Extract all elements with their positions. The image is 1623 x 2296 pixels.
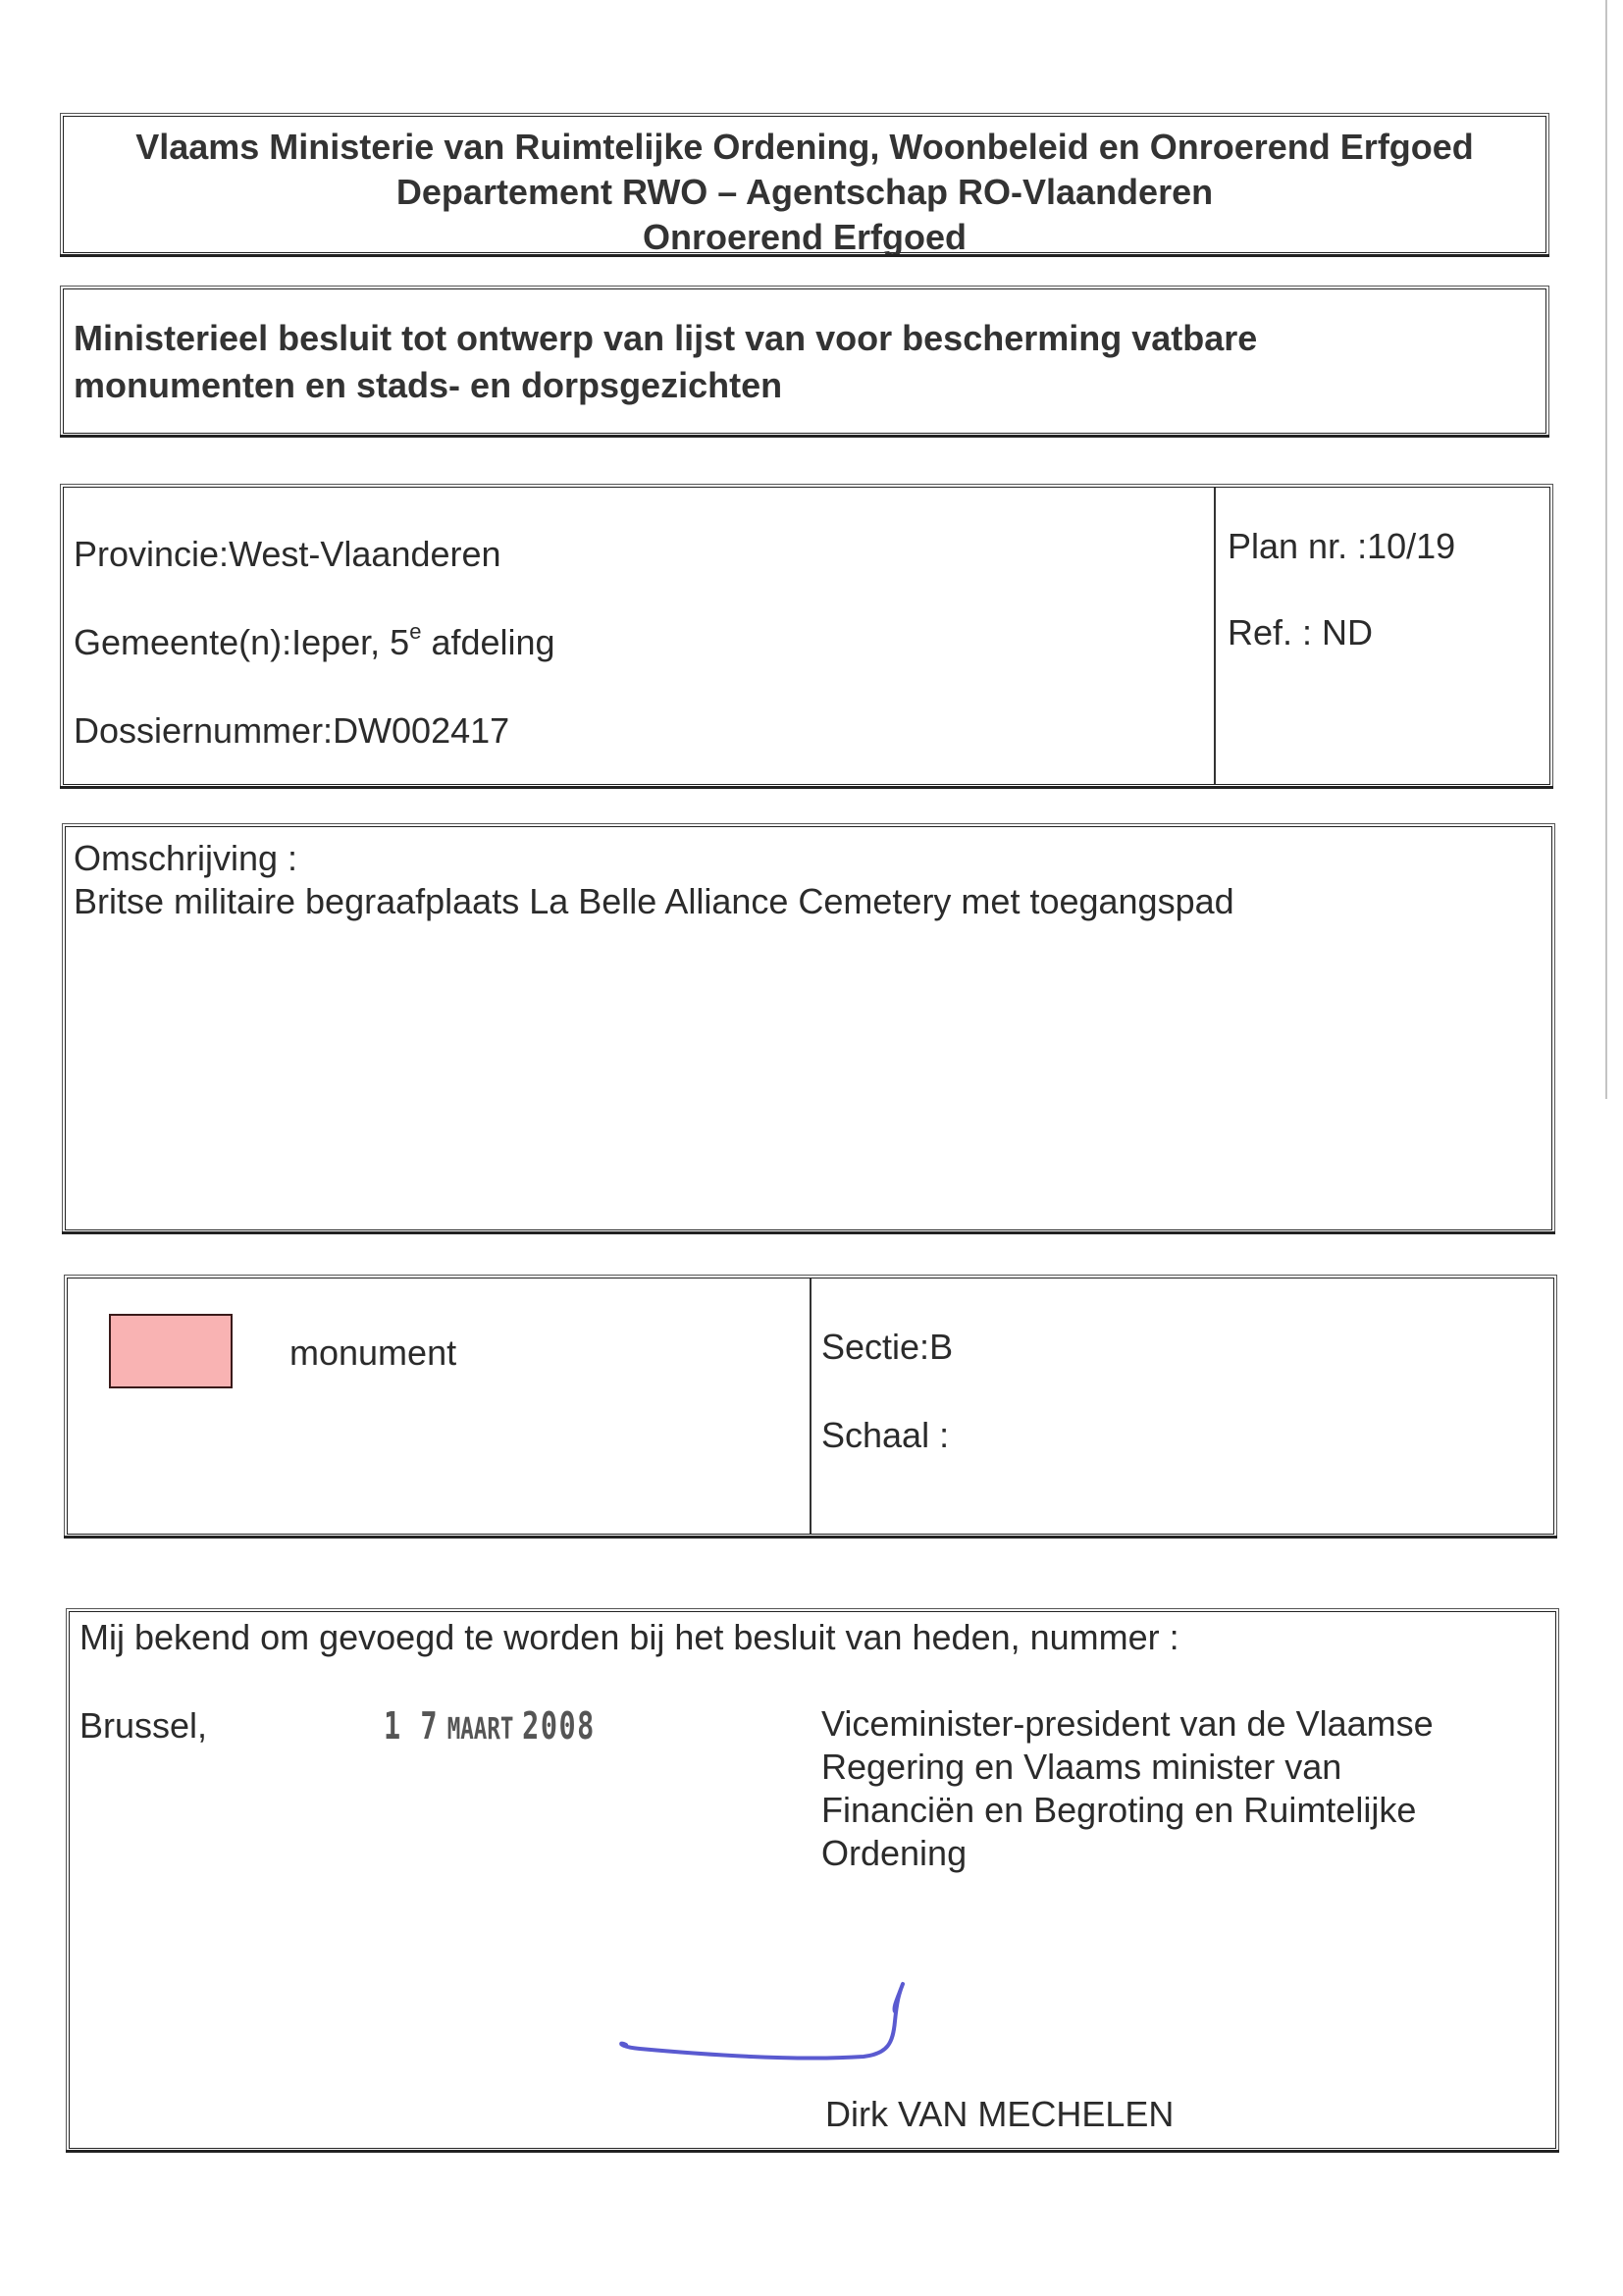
description-box: Omschrijving : Britse militaire begraafp… <box>65 826 1552 1230</box>
gemeente-suffix: afdeling <box>421 622 554 662</box>
department-name: Departement RWO – Agentschap RO-Vlaander… <box>64 170 1545 215</box>
gemeente-superscript: e <box>409 619 421 644</box>
description-label: Omschrijving : <box>74 837 1544 880</box>
dossier-value: DW002417 <box>333 710 509 751</box>
location-details: Provincie:West-Vlaanderen Gemeente(n):Ie… <box>64 488 1216 784</box>
signatory-name: Dirk VAN MECHELEN <box>825 2095 1174 2134</box>
date-stamp: 1 7 MAART 2008 <box>384 1704 596 1748</box>
plan-details: Plan nr. :10/19 Ref. : ND <box>1218 488 1549 784</box>
map-details: Sectie:B Schaal : <box>813 1278 1553 1534</box>
gemeente-field: Gemeente(n):Ieper, 5e afdeling <box>74 623 555 662</box>
place-label: Brussel, <box>79 1706 207 1746</box>
signatory-title-1: Viceminister-president van de Vlaamse <box>821 1704 1434 1744</box>
schaal-label: Schaal : <box>821 1415 949 1455</box>
schaal-field: Schaal : <box>821 1416 949 1455</box>
location-box: Provincie:West-Vlaanderen Gemeente(n):Ie… <box>63 487 1550 785</box>
sectie-field: Sectie:B <box>821 1328 953 1367</box>
decree-title-line-2: monumenten en stads- en dorpsgezichten <box>74 362 1536 409</box>
decree-title-box: Ministerieel besluit tot ontwerp van lij… <box>63 288 1546 434</box>
provincie-field: Provincie:West-Vlaanderen <box>74 535 501 574</box>
sectie-value: B <box>929 1327 953 1367</box>
legend-label: monument <box>289 1333 456 1373</box>
plan-value: 10/19 <box>1367 526 1455 566</box>
stamp-day: 1 7 <box>384 1704 439 1748</box>
signature-icon <box>550 1962 942 2080</box>
provincie-value: West-Vlaanderen <box>229 534 501 574</box>
legend-box: monument Sectie:B Schaal : <box>67 1278 1554 1535</box>
signatory-title-3: Financiën en Begroting en Ruimtelijke <box>821 1791 1416 1830</box>
scan-edge <box>1605 0 1607 1099</box>
sectie-label: Sectie: <box>821 1327 929 1367</box>
plan-number-field: Plan nr. :10/19 <box>1228 527 1455 566</box>
ministry-header: Vlaams Ministerie van Ruimtelijke Ordeni… <box>63 116 1546 253</box>
signatory-title-2: Regering en Vlaams minister van <box>821 1748 1341 1787</box>
decree-title-line-1: Ministerieel besluit tot ontwerp van lij… <box>74 315 1536 362</box>
ref-label: Ref. : <box>1228 612 1322 652</box>
stamp-year: 2008 <box>522 1704 596 1748</box>
agency-name: Onroerend Erfgoed <box>64 215 1545 260</box>
ref-value: ND <box>1322 612 1373 652</box>
dossier-label: Dossiernummer: <box>74 710 333 751</box>
description-value: Britse militaire begraafplaats La Belle … <box>74 880 1544 923</box>
stamp-month: MAART <box>447 1712 514 1747</box>
ministry-name: Vlaams Ministerie van Ruimtelijke Ordeni… <box>64 125 1545 170</box>
approval-statement: Mij bekend om gevoegd te worden bij het … <box>79 1618 1179 1657</box>
legend: monument <box>68 1278 811 1534</box>
dossier-field: Dossiernummer:DW002417 <box>74 711 509 751</box>
plan-label: Plan nr. : <box>1228 526 1367 566</box>
gemeente-value: Ieper, 5 <box>291 622 409 662</box>
gemeente-label: Gemeente(n): <box>74 622 291 662</box>
reference-field: Ref. : ND <box>1228 613 1373 652</box>
signatory-title-4: Ordening <box>821 1834 967 1873</box>
monument-swatch-icon <box>109 1314 233 1388</box>
provincie-label: Provincie: <box>74 534 229 574</box>
